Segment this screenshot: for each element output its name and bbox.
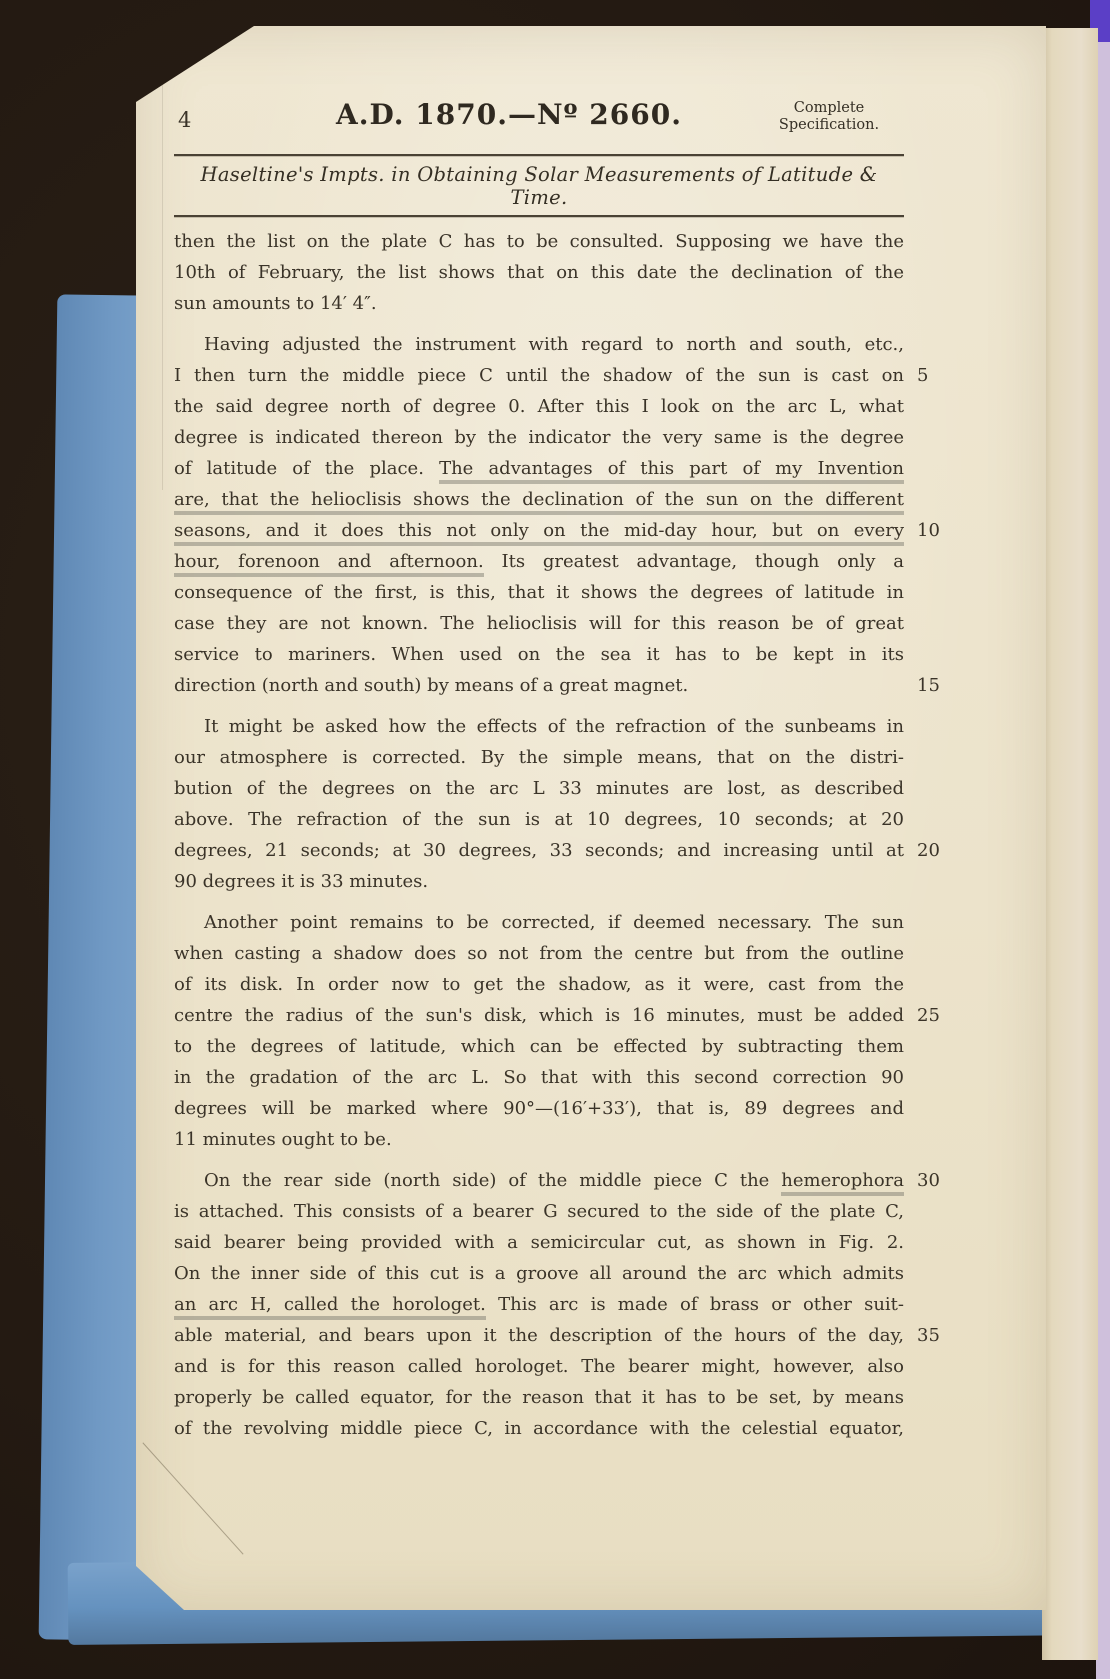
text-segment: of latitude of the place. <box>174 458 439 479</box>
text-line: the said degree north of degree 0. After… <box>174 391 904 422</box>
text-segment: the said degree north of degree 0. After… <box>174 396 904 417</box>
paragraph: It might be asked how the effects of the… <box>174 711 904 897</box>
text-segment: of its disk. In order now to get the sha… <box>174 974 904 995</box>
text-line: in the gradation of the arc L. So that w… <box>174 1062 904 1093</box>
text-line: 10th of February, the list shows that on… <box>174 257 904 288</box>
text-line: centre the radius of the sun's disk, whi… <box>174 1000 904 1031</box>
text-line: On the rear side (north side) of the mid… <box>174 1165 904 1196</box>
text-segment: able material, and bears upon it the des… <box>174 1325 904 1346</box>
text-line: said bearer being provided with a semici… <box>174 1227 904 1258</box>
margin-line-number: 15 <box>917 670 961 701</box>
text-segment: in the gradation of the arc L. So that w… <box>174 1067 904 1088</box>
text-line: service to mariners. When used on the se… <box>174 639 904 670</box>
running-head: Haseltine's Impts. in Obtaining Solar Me… <box>174 156 904 215</box>
pencil-underline: an arc H, called the horologet. <box>174 1294 486 1320</box>
text-line: consequence of the first, is this, that … <box>174 577 904 608</box>
underlying-page-edge <box>1042 28 1098 1660</box>
paragraph: On the rear side (north side) of the mid… <box>174 1165 904 1444</box>
text-line: when casting a shadow does so not from t… <box>174 938 904 969</box>
text-segment: degrees will be marked where 90°—(16′+33… <box>174 1098 904 1119</box>
text-segment: service to mariners. When used on the se… <box>174 644 904 665</box>
page-crease-vertical <box>162 70 163 490</box>
text-segment: 90 degrees it is 33 minutes. <box>174 871 428 892</box>
text-line: seasons, and it does this not only on th… <box>174 515 904 546</box>
text-segment: Another point remains to be corrected, i… <box>204 912 904 933</box>
text-segment: to the degrees of latitude, which can be… <box>174 1036 904 1057</box>
text-line: sun amounts to 14′ 4″. <box>174 288 904 319</box>
pencil-underline: The advantages of this part of my Invent… <box>439 458 904 484</box>
text-line: degree is indicated thereon by the indic… <box>174 422 904 453</box>
pencil-underline: hemerophora <box>781 1170 904 1196</box>
pencil-underline: are, that the helioclisis shows the decl… <box>174 489 904 515</box>
scanned-document-background: 4 A.D. 1870.—Nº 2660. Complete Specifica… <box>0 0 1110 1679</box>
margin-line-number: 10 <box>917 515 961 546</box>
page-number: 4 <box>174 96 264 132</box>
text-line: able material, and bears upon it the des… <box>174 1320 904 1351</box>
text-segment: said bearer being provided with a semici… <box>174 1232 904 1253</box>
text-segment: when casting a shadow does so not from t… <box>174 943 904 964</box>
text-line: Another point remains to be corrected, i… <box>174 907 904 938</box>
text-line: is attached. This consists of a bearer G… <box>174 1196 904 1227</box>
pencil-underline: seasons, and it does this not only on th… <box>174 520 904 546</box>
text-line: It might be asked how the effects of the… <box>174 711 904 742</box>
text-line: of its disk. In order now to get the sha… <box>174 969 904 1000</box>
paragraph: then the list on the plate C has to be c… <box>174 226 904 319</box>
text-segment: bution of the degrees on the arc L 33 mi… <box>174 778 904 799</box>
text-line: bution of the degrees on the arc L 33 mi… <box>174 773 904 804</box>
text-segment: our atmosphere is corrected. By the simp… <box>174 747 904 768</box>
text-segment: consequence of the first, is this, that … <box>174 582 904 603</box>
margin-line-number: 20 <box>917 835 961 866</box>
text-segment: properly be called equator, for the reas… <box>174 1387 904 1408</box>
text-segment: This arc is made of brass or other suit- <box>486 1294 904 1315</box>
text-line: are, that the helioclisis shows the decl… <box>174 484 904 515</box>
text-line: I then turn the middle piece C until the… <box>174 360 904 391</box>
text-segment: Having adjusted the instrument with rega… <box>204 334 904 355</box>
text-line: and is for this reason called horologet.… <box>174 1351 904 1382</box>
text-line: Having adjusted the instrument with rega… <box>174 329 904 360</box>
text-segment: above. The refraction of the sun is at 1… <box>174 809 904 830</box>
spec-label-line1: Complete <box>754 100 904 117</box>
text-line: degrees will be marked where 90°—(16′+33… <box>174 1093 904 1124</box>
text-segment: direction (north and south) by means of … <box>174 675 688 696</box>
text-line: of latitude of the place. The advantages… <box>174 453 904 484</box>
text-segment: degree is indicated thereon by the indic… <box>174 427 904 448</box>
patent-page: 4 A.D. 1870.—Nº 2660. Complete Specifica… <box>136 26 1046 1610</box>
text-segment: sun amounts to 14′ 4″. <box>174 293 377 314</box>
text-segment: It might be asked how the effects of the… <box>204 716 904 737</box>
text-line: 11 minutes ought to be. <box>174 1124 904 1155</box>
text-line: properly be called equator, for the reas… <box>174 1382 904 1413</box>
text-line: our atmosphere is corrected. By the simp… <box>174 742 904 773</box>
text-segment: is attached. This consists of a bearer G… <box>174 1201 904 1222</box>
paragraph: Another point remains to be corrected, i… <box>174 907 904 1155</box>
page-content: 4 A.D. 1870.—Nº 2660. Complete Specifica… <box>174 96 904 1444</box>
body-text: then the list on the plate C has to be c… <box>174 226 904 1444</box>
text-line: of the revolving middle piece C, in acco… <box>174 1413 904 1444</box>
text-segment: I then turn the middle piece C until the… <box>174 365 904 386</box>
text-segment: 10th of February, the list shows that on… <box>174 262 904 283</box>
text-segment: then the list on the plate C has to be c… <box>174 231 904 252</box>
text-segment: case they are not known. The helioclisis… <box>174 613 904 634</box>
text-segment: On the inner side of this cut is a groov… <box>174 1263 904 1284</box>
text-segment: On the rear side (north side) of the mid… <box>204 1170 781 1191</box>
text-segment: 11 minutes ought to be. <box>174 1129 392 1150</box>
text-segment: centre the radius of the sun's disk, whi… <box>174 1005 904 1026</box>
margin-line-number: 35 <box>917 1320 961 1351</box>
text-line: On the inner side of this cut is a groov… <box>174 1258 904 1289</box>
margin-line-number: 5 <box>917 360 961 391</box>
right-edge-lavender-paper <box>1096 14 1110 1679</box>
spec-label-line2: Specification. <box>754 117 904 134</box>
spec-label: Complete Specification. <box>754 96 904 134</box>
text-line: hour, forenoon and afternoon. Its greate… <box>174 546 904 577</box>
text-segment: and is for this reason called horologet.… <box>174 1356 904 1377</box>
text-line: direction (north and south) by means of … <box>174 670 904 701</box>
margin-line-number: 25 <box>917 1000 961 1031</box>
page-header: 4 A.D. 1870.—Nº 2660. Complete Specifica… <box>174 96 904 154</box>
text-line: then the list on the plate C has to be c… <box>174 226 904 257</box>
text-segment: of the revolving middle piece C, in acco… <box>174 1418 904 1439</box>
text-line: case they are not known. The helioclisis… <box>174 608 904 639</box>
patent-title: A.D. 1870.—Nº 2660. <box>264 96 754 131</box>
text-line: above. The refraction of the sun is at 1… <box>174 804 904 835</box>
text-segment: Its greatest advantage, though only a <box>484 551 904 572</box>
text-line: degrees, 21 seconds; at 30 degrees, 33 s… <box>174 835 904 866</box>
pencil-underline: hour, forenoon and afternoon. <box>174 551 484 577</box>
text-segment: degrees, 21 seconds; at 30 degrees, 33 s… <box>174 840 904 861</box>
margin-line-number: 30 <box>917 1165 961 1196</box>
horizontal-rule-bottom <box>174 215 904 217</box>
text-line: to the degrees of latitude, which can be… <box>174 1031 904 1062</box>
page-fold-bottom-left <box>142 1442 243 1554</box>
text-line: 90 degrees it is 33 minutes. <box>174 866 904 897</box>
text-line: an arc H, called the horologet. This arc… <box>174 1289 904 1320</box>
paragraph: Having adjusted the instrument with rega… <box>174 329 904 701</box>
